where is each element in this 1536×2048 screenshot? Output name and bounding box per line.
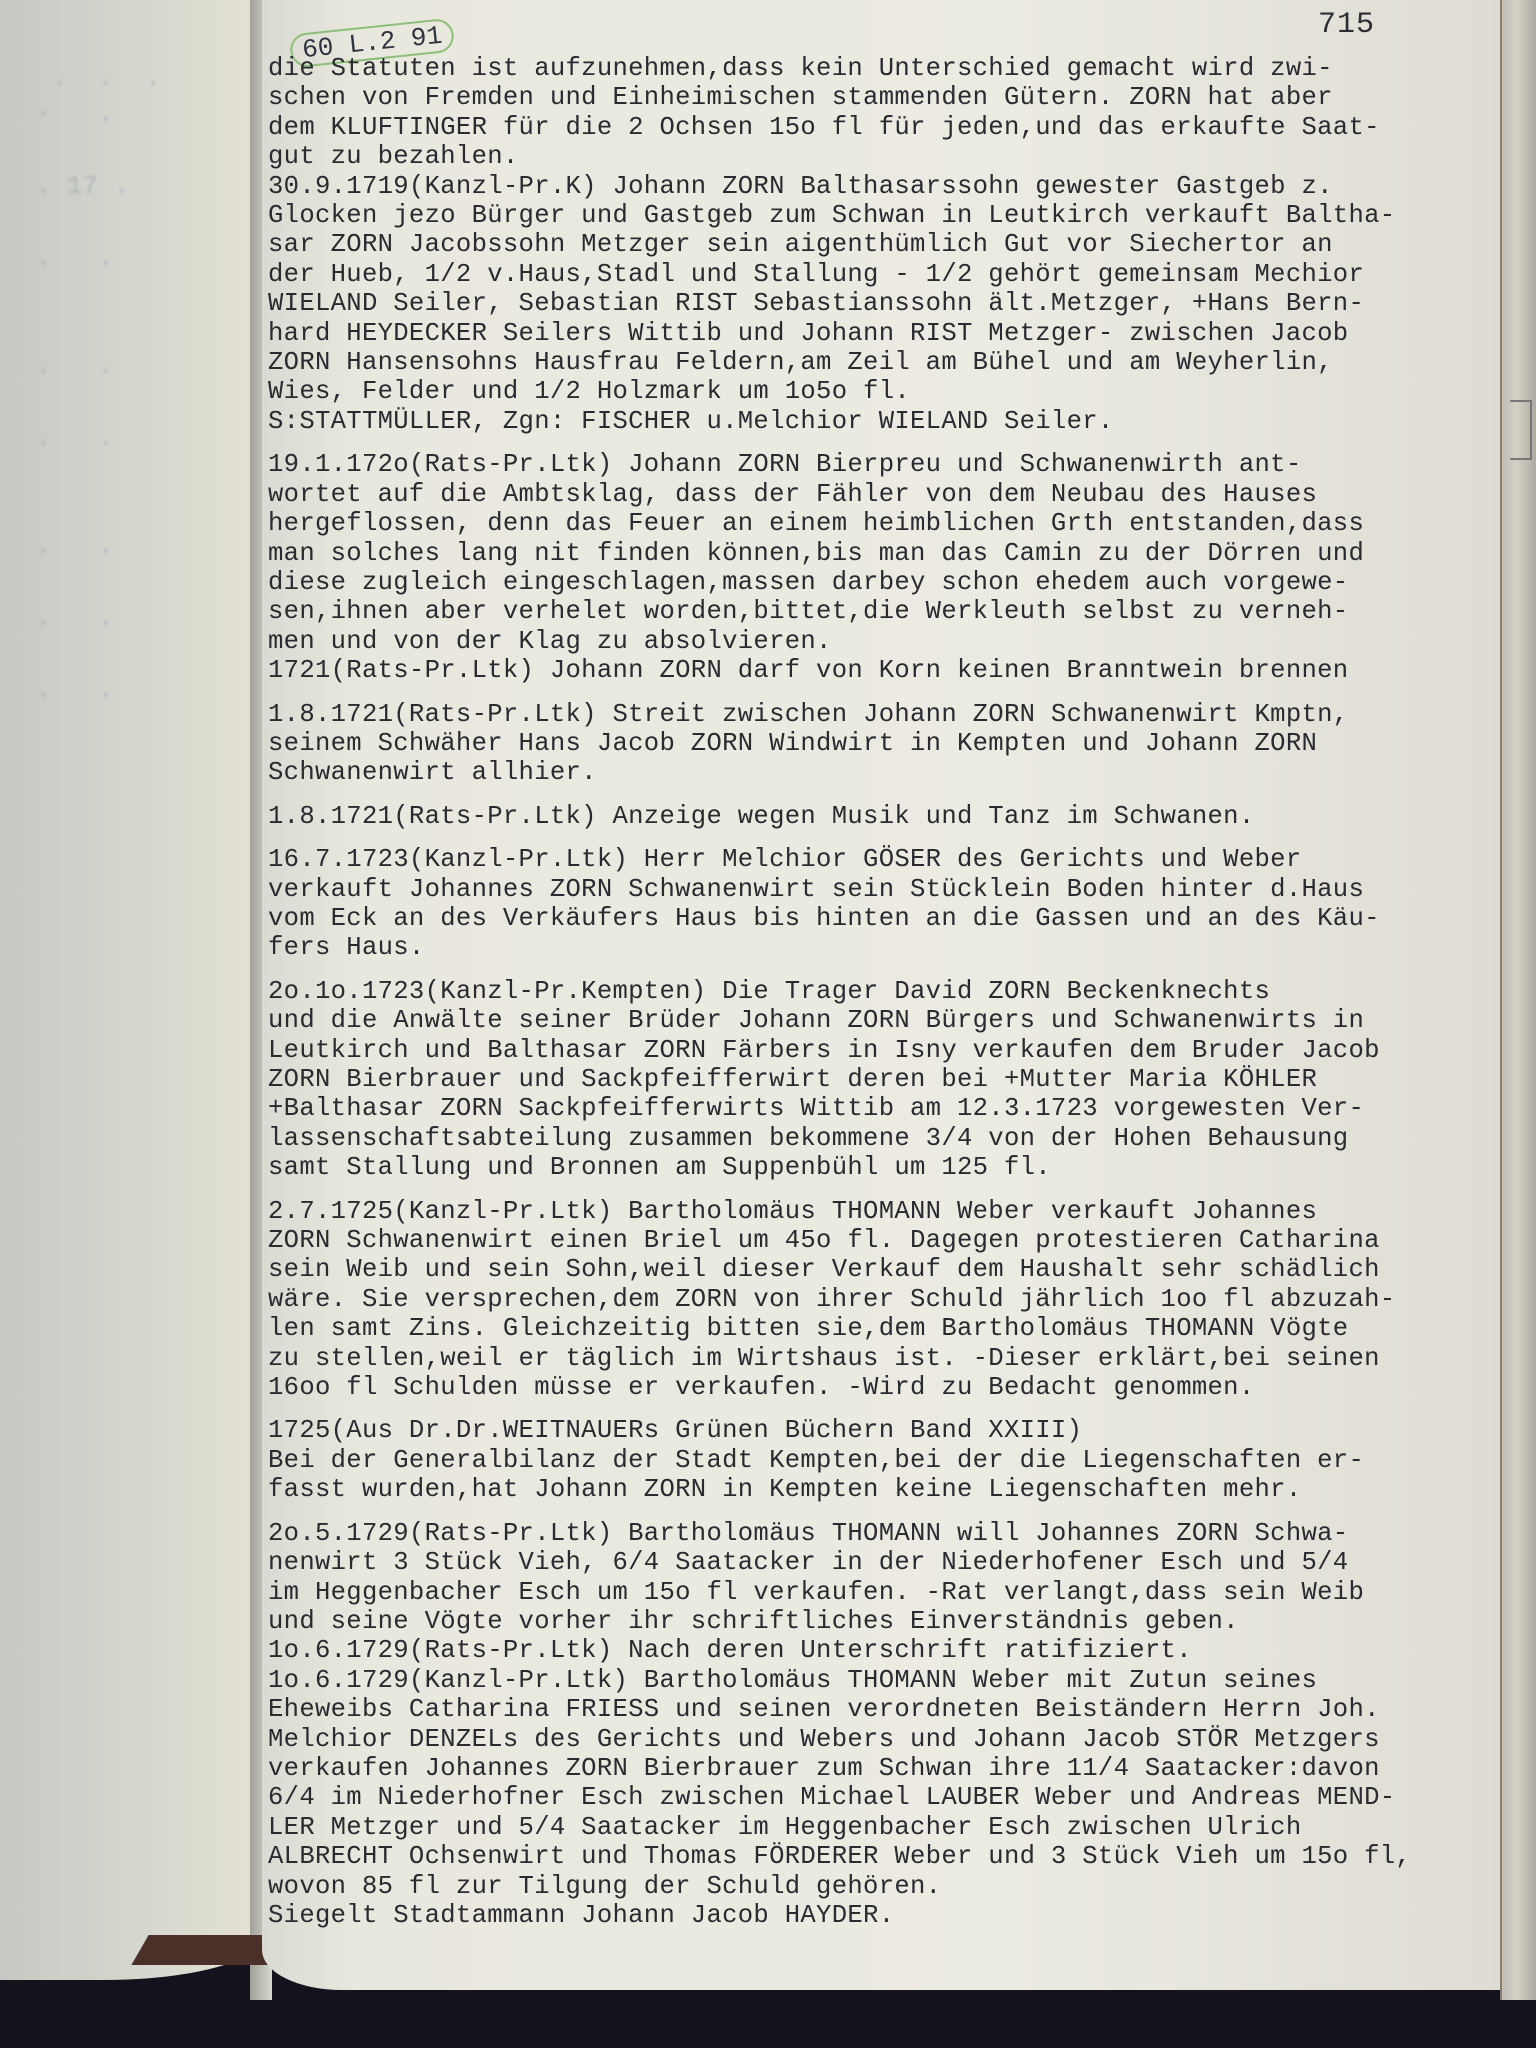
page-edge-mark [1510,400,1532,460]
paragraph: 2.7.1725(Kanzl-Pr.Ltk) Bartholomäus THOM… [268,1197,1483,1403]
paragraph: die Statuten ist aufzunehmen,dass kein U… [268,54,1483,172]
paragraph: 19.1.172o(Rats-Pr.Ltk) Johann ZORN Bierp… [268,450,1483,656]
paragraph: 1.8.1721(Rats-Pr.Ltk) Streit zwischen Jo… [268,700,1483,788]
book-spread: . . . · . . 17 . . . . . . . . . . . . .… [0,0,1536,2048]
left-page-verso: . . . · . . 17 . . . . . . . . . . . . . [0,0,258,1980]
paragraph: 1721(Rats-Pr.Ltk) Johann ZORN darf von K… [268,656,1483,685]
page-edge [1500,0,1536,2000]
paragraph: 1725(Aus Dr.Dr.WEITNAUERs Grünen Büchern… [268,1416,1483,1504]
paragraph: 16.7.1723(Kanzl-Pr.Ltk) Herr Melchior GÖ… [268,845,1483,963]
paragraph: 30.9.1719(Kanzl-Pr.K) Johann ZORN Baltha… [268,172,1483,437]
paragraph: 1.8.1721(Rats-Pr.Ltk) Anzeige wegen Musi… [268,802,1483,831]
page-number: 715 [1318,8,1375,42]
paragraph: 2o.5.1729(Rats-Pr.Ltk) Bartholomäus THOM… [268,1519,1483,1931]
show-through-text: . . . · . . 17 . . . . . . . . . . . . . [20,60,240,708]
paragraph: 2o.1o.1723(Kanzl-Pr.Kempten) Die Trager … [268,977,1483,1183]
document-body: die Statuten ist aufzunehmen,dass kein U… [268,54,1483,1930]
